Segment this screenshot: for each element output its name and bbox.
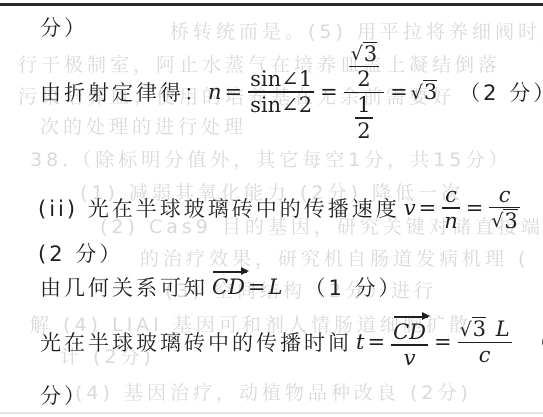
fraction-denominator: 2 xyxy=(355,119,372,143)
radical-sign-icon: √ xyxy=(411,82,423,104)
fraction-numerator: sin∠1 xyxy=(248,67,314,91)
fraction-numerator: √3 xyxy=(349,41,379,66)
compound-numerator: √3 2 xyxy=(344,41,384,91)
radical-sign-icon: √ xyxy=(460,320,472,342)
fraction-numerator: c xyxy=(443,183,459,207)
var-l: L xyxy=(496,317,510,341)
continuation-line: 分） xyxy=(40,380,88,410)
sqrt3-over-2-fraction: √3 2 xyxy=(349,41,379,91)
geometry-line: 由几何关系可知 CD = L （1 分） xyxy=(40,272,403,302)
vector-cd: CD xyxy=(393,320,426,344)
score-line: (2 分） xyxy=(38,238,123,268)
time-line: 光在半球玻璃砖中的传播时间 t = CD v = √3 L c （2 xyxy=(40,312,543,372)
equals-sign: = xyxy=(367,330,385,354)
continuation-line: 分） xyxy=(40,12,88,42)
sqrt-expression: √3 xyxy=(351,42,377,66)
one-half-fraction: 1 2 xyxy=(355,93,372,143)
score-tail: 分） xyxy=(40,380,88,410)
equals-sign: = xyxy=(225,80,243,104)
geometry-label: 由几何关系可知 xyxy=(40,272,208,302)
bleed-through-line: 桥转统而是。(5) 用平拉将养细阀时，需要 xyxy=(170,17,543,44)
c-over-n-fraction: c n xyxy=(442,183,460,233)
radicand: 3 xyxy=(363,42,377,66)
radicand: 3 xyxy=(472,317,486,341)
score-label: （1 分） xyxy=(304,272,402,302)
equals-sign: = xyxy=(466,196,484,220)
var-t: t xyxy=(356,330,364,354)
var-l: L xyxy=(269,275,283,299)
bottom-edge-line xyxy=(0,412,543,414)
fraction-denominator: sin∠2 xyxy=(248,93,314,117)
equals-sign: = xyxy=(419,196,437,220)
fraction-denominator: v xyxy=(402,346,418,370)
radicand: 3 xyxy=(423,80,437,104)
bleed-through-line: 38.（除标明分值外，其它每空1分，共15分） xyxy=(30,145,511,172)
sqrt3l-over-c-fraction: √3 L c xyxy=(458,317,512,367)
fraction-numerator: c xyxy=(497,183,513,207)
compound-fraction: √3 2 1 2 xyxy=(344,41,384,143)
top-border-rule xyxy=(0,3,543,6)
var-n: n xyxy=(208,80,222,104)
bleed-through-line: (4) 基因治疗，动植物品种改良 (2分) xyxy=(75,378,472,405)
fraction-denominator: c xyxy=(477,343,493,367)
equals-sign: = xyxy=(390,80,408,104)
equals-sign: = xyxy=(248,275,266,299)
refraction-law-line: 由折射定律得： n = sin∠1 sin∠2 = √3 2 1 2 xyxy=(40,44,543,140)
sqrt-expression: √3 xyxy=(491,209,517,233)
radical-sign-icon: √ xyxy=(491,211,503,233)
radicand: 3 xyxy=(503,209,517,233)
fraction-denominator: 2 xyxy=(355,67,372,91)
c-over-sqrt3-fraction: c √3 xyxy=(489,183,519,233)
speed-line: (ii) 光在半球玻璃砖中的传播速度 v = c n = c √3 xyxy=(38,180,523,236)
cd-over-v-fraction: CD v xyxy=(391,314,428,370)
sqrt-result: √3 xyxy=(411,80,437,104)
fraction-numerator: √3 L xyxy=(458,317,512,342)
score-label: (2 分） xyxy=(38,238,123,268)
fraction-denominator: n xyxy=(442,209,460,233)
score-tail: 分） xyxy=(40,12,88,42)
fraction-numerator: CD xyxy=(391,314,428,344)
radical-sign-icon: √ xyxy=(351,44,363,66)
compound-denominator: 1 2 xyxy=(350,93,377,143)
fraction-numerator: 1 xyxy=(355,93,372,117)
var-v: v xyxy=(404,196,416,220)
score-label: （2 分） xyxy=(459,77,543,107)
vector-cd: CD xyxy=(212,275,245,299)
fraction-denominator: √3 xyxy=(489,208,519,233)
equals-sign: = xyxy=(434,330,452,354)
sqrt-expression: √3 xyxy=(460,317,486,341)
bleed-through-line: 的治疗效果，研究机自肠道发病机理 ( xyxy=(140,244,529,271)
speed-label: (ii) 光在半球玻璃砖中的传播速度 xyxy=(38,193,400,223)
equals-sign: = xyxy=(320,80,338,104)
sine-ratio-fraction: sin∠1 sin∠2 xyxy=(248,67,314,117)
score-label-start: （2 xyxy=(529,327,543,357)
refraction-law-label: 由折射定律得： xyxy=(40,77,208,107)
time-label: 光在半球玻璃砖中的传播时间 xyxy=(40,327,352,357)
